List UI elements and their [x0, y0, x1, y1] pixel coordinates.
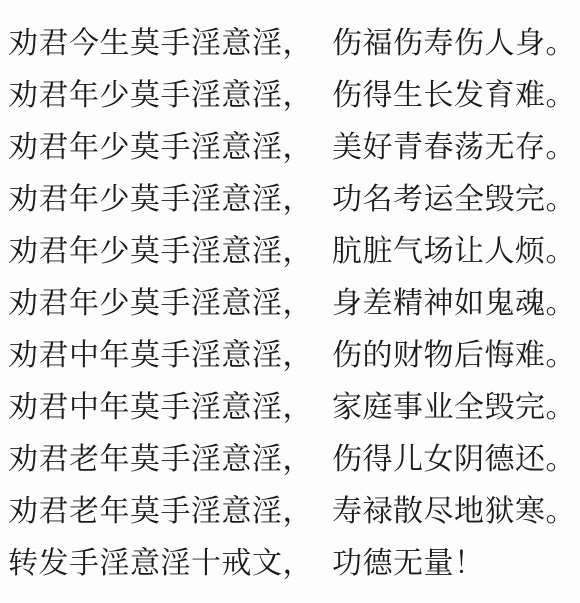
verse-line: 劝君年少莫手淫意淫，美好青春荡无存。: [8, 122, 574, 174]
verse-line: 劝君年少莫手淫意淫，身差精神如鬼魂。: [8, 278, 574, 330]
verse-line-tail: 身差精神如鬼魂。: [332, 278, 576, 330]
verse-line-lead: 劝君今生莫手淫意淫，: [8, 18, 313, 70]
verse-line: 劝君年少莫手淫意淫，肮脏气场让人烦。: [8, 226, 574, 278]
verse-line-tail: 伤得儿女阴德还。: [332, 434, 576, 486]
verse-line-lead: 劝君中年莫手淫意淫，: [8, 330, 313, 382]
verse-line-tail: 功德无量！: [332, 538, 485, 590]
poem-document: 劝君今生莫手淫意淫，伤福伤寿伤人身。 劝君年少莫手淫意淫，伤得生长发育难。 劝君…: [0, 0, 580, 603]
verse-line-lead: 劝君年少莫手淫意淫，: [8, 122, 313, 174]
verse-line: 劝君老年莫手淫意淫，寿禄散尽地狱寒。: [8, 486, 574, 538]
verse-line-tail: 功名考运全毁完。: [332, 174, 576, 226]
verse-line-lead: 劝君中年莫手淫意淫，: [8, 382, 313, 434]
verse-line: 劝君年少莫手淫意淫，功名考运全毁完。: [8, 174, 574, 226]
verse-line: 劝君年少莫手淫意淫，伤得生长发育难。: [8, 70, 574, 122]
verse-line: 劝君中年莫手淫意淫，伤的财物后悔难。: [8, 330, 574, 382]
verse-line: 劝君今生莫手淫意淫，伤福伤寿伤人身。: [8, 18, 574, 70]
verse-line-tail: 家庭事业全毁完。: [332, 382, 576, 434]
verse-line-lead: 劝君年少莫手淫意淫，: [8, 70, 313, 122]
verse-line-tail: 伤福伤寿伤人身。: [332, 18, 576, 70]
verse-line-lead: 劝君年少莫手淫意淫，: [8, 278, 313, 330]
verse-line-lead: 转发手淫意淫十戒文，: [8, 538, 313, 590]
verse-line-lead: 劝君老年莫手淫意淫，: [8, 486, 313, 538]
verse-line-tail: 伤得生长发育难。: [332, 70, 576, 122]
verse-line-lead: 劝君年少莫手淫意淫，: [8, 174, 313, 226]
verse-line-tail: 寿禄散尽地狱寒。: [332, 486, 576, 538]
verse-line-tail: 美好青春荡无存。: [332, 122, 576, 174]
verse-line-tail: 肮脏气场让人烦。: [332, 226, 576, 278]
verse-line-tail: 伤的财物后悔难。: [332, 330, 576, 382]
verse-line-lead: 劝君年少莫手淫意淫，: [8, 226, 313, 278]
verse-line: 劝君老年莫手淫意淫，伤得儿女阴德还。: [8, 434, 574, 486]
verse-line: 劝君中年莫手淫意淫，家庭事业全毁完。: [8, 382, 574, 434]
verse-line: 转发手淫意淫十戒文，功德无量！: [8, 538, 574, 590]
verse-line-lead: 劝君老年莫手淫意淫，: [8, 434, 313, 486]
